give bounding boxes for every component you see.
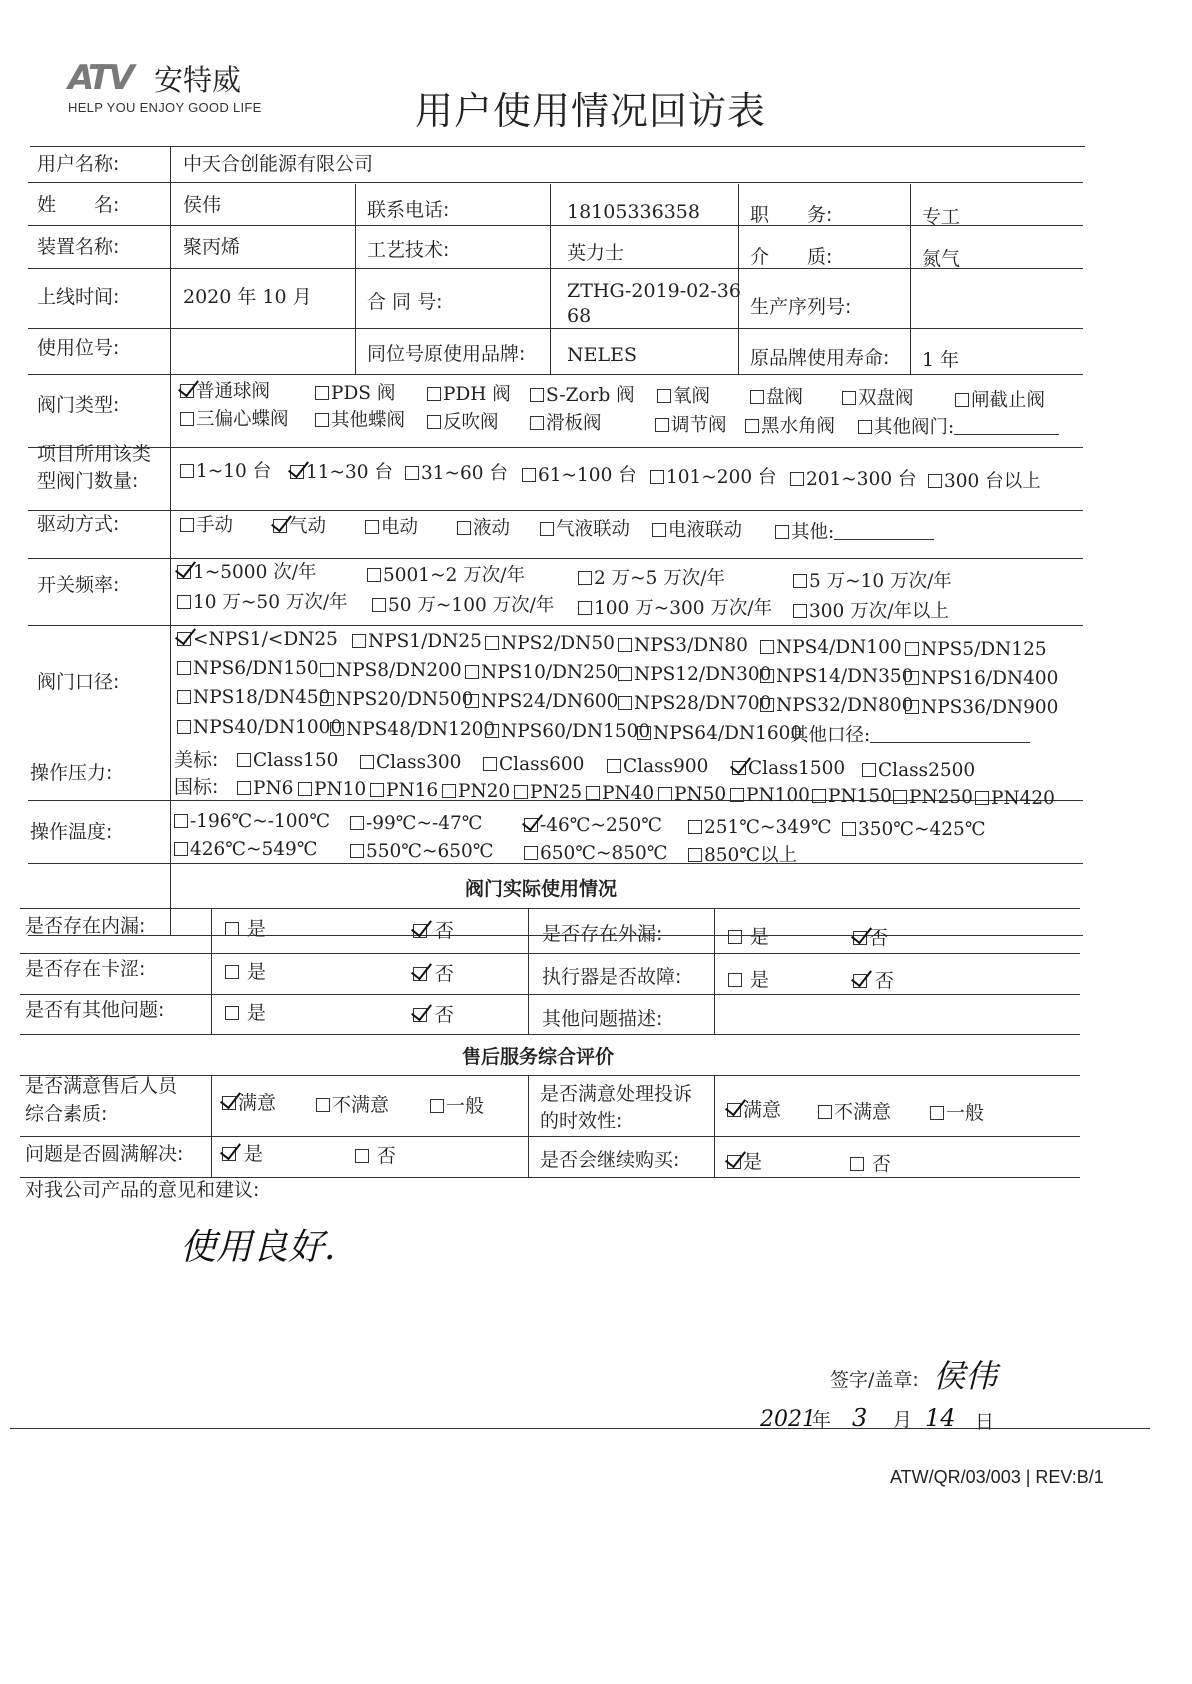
checkbox-icon[interactable] — [850, 1157, 864, 1171]
checkbox-icon[interactable] — [760, 669, 774, 683]
user-name-value: 中天合创能源有限公司 — [183, 152, 373, 176]
checkbox-icon[interactable] — [657, 389, 671, 403]
timeliness-label-line2: 的时效性: — [540, 1109, 622, 1133]
pressure-ansi-option[interactable]: Class1500 — [732, 757, 845, 781]
checkbox-icon[interactable] — [225, 1006, 239, 1020]
checkbox-icon[interactable] — [862, 763, 876, 777]
orig-brand-value: NELES — [567, 343, 637, 367]
temperature-label: 操作温度: — [30, 820, 112, 844]
divider — [355, 184, 356, 374]
checkbox-icon[interactable] — [427, 387, 441, 401]
sticking-yes[interactable]: 是 — [225, 960, 266, 985]
temperature-option[interactable]: 426℃~549℃ — [174, 838, 318, 862]
checkbox-icon[interactable] — [842, 822, 856, 836]
checkbox-checked-icon[interactable] — [727, 1103, 741, 1117]
divider — [28, 182, 1083, 183]
other-issues-no[interactable]: 否 — [413, 1003, 454, 1028]
checkbox-icon[interactable] — [728, 930, 742, 944]
checkbox-icon[interactable] — [442, 784, 456, 798]
frequency-option[interactable]: 100 万~300 万次/年 — [578, 597, 772, 621]
divider — [170, 146, 171, 935]
pressure-gb-option[interactable]: PN420 — [975, 787, 1055, 811]
staff-quality-label-line1: 是否满意售后人员 — [25, 1074, 177, 1098]
checkbox-icon[interactable] — [812, 789, 826, 803]
staff-quality-label-line2: 综合素质: — [25, 1102, 107, 1126]
sticking-no[interactable]: 否 — [413, 962, 454, 987]
user-name-label: 用户名称: — [37, 152, 119, 176]
resolved-yes[interactable]: 是 — [222, 1142, 263, 1167]
pressure-ansi-option[interactable]: Class2500 — [862, 759, 975, 783]
divider — [528, 908, 529, 1034]
actuation-option[interactable]: 电液联动 — [652, 519, 742, 543]
checkbox-icon[interactable] — [930, 1106, 944, 1120]
checkbox-icon[interactable] — [365, 520, 379, 534]
size-option[interactable]: NPS3/DN80 — [618, 634, 748, 658]
pressure-ansi-option[interactable]: Class900 — [607, 755, 708, 779]
divider — [10, 1428, 1150, 1429]
checkbox-icon[interactable] — [775, 525, 789, 539]
pressure-gb-option[interactable]: PN10 — [298, 778, 366, 802]
checkbox-icon[interactable] — [237, 753, 251, 767]
divider — [28, 374, 1083, 375]
external-leak-no[interactable]: 否 — [853, 926, 888, 951]
internal-leak-label: 是否存在内漏: — [25, 914, 145, 938]
temperature-option[interactable]: 550℃~650℃ — [350, 840, 494, 864]
checkbox-icon[interactable] — [975, 791, 989, 805]
size-option[interactable]: NPS32/DN800 — [760, 694, 913, 718]
quantity-option[interactable]: 101~200 台 — [650, 466, 777, 490]
medium-label: 介 质: — [750, 245, 832, 269]
checkbox-icon[interactable] — [688, 848, 702, 862]
checkbox-checked-icon[interactable] — [177, 565, 191, 579]
timeliness-unsatisfied[interactable]: 不满意 — [818, 1100, 891, 1125]
size-option[interactable]: <NPS1/<DN25 — [177, 628, 338, 652]
ansi-label: 美标: — [174, 748, 218, 773]
checkbox-icon[interactable] — [905, 671, 919, 685]
checkbox-icon[interactable] — [367, 568, 381, 582]
issue-description-field[interactable] — [728, 1007, 1068, 1031]
timeliness-label-line1: 是否满意处理投诉 — [540, 1082, 692, 1106]
checkbox-checked-icon[interactable] — [732, 761, 746, 775]
page-title: 用户使用情况回访表 — [415, 80, 766, 135]
checkbox-icon[interactable] — [655, 418, 669, 432]
other-size-input[interactable] — [870, 742, 1030, 743]
valve-type-label: 阀门类型: — [37, 393, 119, 417]
phone-label: 联系电话: — [367, 198, 449, 222]
checkbox-icon[interactable] — [177, 720, 191, 734]
pressure-gb-option[interactable]: PN50 — [658, 783, 726, 807]
checkbox-icon[interactable] — [637, 726, 651, 740]
medium-value: 氮气 — [922, 247, 960, 271]
checkbox-icon[interactable] — [745, 419, 759, 433]
checkbox-icon[interactable] — [578, 571, 592, 585]
checkbox-icon[interactable] — [485, 636, 499, 650]
contract-value-line2: 68 — [567, 304, 591, 328]
quantity-option[interactable]: 1~10 台 — [180, 460, 271, 484]
checkbox-icon[interactable] — [225, 965, 239, 979]
frequency-option[interactable]: 10 万~50 万次/年 — [177, 591, 348, 615]
checkbox-icon[interactable] — [427, 415, 441, 429]
sign-day[interactable]: 14 — [925, 1406, 956, 1430]
checkbox-icon[interactable] — [530, 416, 544, 430]
issue-description-label: 其他问题描述: — [542, 1007, 662, 1031]
document-code: ATW/QR/03/003 | REV:B/1 — [890, 1465, 1104, 1489]
checkbox-icon[interactable] — [180, 518, 194, 532]
checkbox-icon[interactable] — [524, 846, 538, 860]
timeliness-satisfied[interactable]: 满意 — [727, 1098, 781, 1123]
position-label: 职 务: — [750, 203, 832, 227]
checkbox-icon[interactable] — [177, 690, 191, 704]
other-actuation-input[interactable] — [834, 539, 934, 540]
checkbox-icon[interactable] — [350, 816, 364, 830]
pressure-gb-option[interactable]: PN25 — [514, 781, 582, 805]
feedback-label: 对我公司产品的意见和建议: — [25, 1178, 259, 1202]
other-issues-yes[interactable]: 是 — [225, 1001, 266, 1026]
logo-company-name: 安特威 — [154, 58, 241, 99]
frequency-option[interactable]: 1~5000 次/年 — [177, 561, 316, 585]
contract-value-line1: ZTHG-2019-02-36 — [567, 279, 741, 303]
checkbox-icon[interactable] — [618, 696, 632, 710]
checkbox-icon[interactable] — [905, 700, 919, 714]
frequency-option[interactable]: 5001~2 万次/年 — [367, 564, 525, 588]
divider — [20, 994, 1080, 995]
size-option[interactable]: NPS14/DN350 — [760, 665, 913, 689]
feedback-handwritten[interactable]: 使用良好. — [180, 1226, 335, 1270]
contract-label: 合 同 号: — [367, 290, 442, 314]
temperature-option[interactable]: 251℃~349℃ — [688, 816, 832, 840]
process-value: 英力士 — [567, 241, 624, 265]
resolved-label: 问题是否圆满解决: — [25, 1142, 183, 1166]
checkbox-icon[interactable] — [405, 466, 419, 480]
size-option[interactable]: NPS20/DN500 — [320, 688, 473, 712]
checkbox-icon[interactable] — [730, 788, 744, 802]
signature-handwritten[interactable]: 侯伟 — [933, 1356, 997, 1396]
valve-type-option[interactable]: PDH 阀 — [427, 383, 511, 407]
checkbox-icon[interactable] — [465, 665, 479, 679]
checkbox-icon[interactable] — [818, 1105, 832, 1119]
valve-type-option[interactable]: 其他蝶阀 — [315, 409, 405, 433]
checkbox-icon[interactable] — [360, 755, 374, 769]
logo-tagline: HELP YOU ENJOY GOOD LIFE — [68, 100, 262, 115]
frequency-option[interactable]: 5 万~10 万次/年 — [793, 570, 952, 594]
checkbox-checked-icon[interactable] — [177, 632, 191, 646]
size-option[interactable]: NPS5/DN125 — [905, 638, 1047, 662]
valve-type-option[interactable]: 三偏心蝶阀 — [180, 408, 289, 432]
size-option[interactable]: NPS1/DN25 — [352, 630, 482, 654]
pressure-label: 操作压力: — [30, 761, 112, 785]
checkbox-icon[interactable] — [316, 1098, 330, 1112]
checkbox-checked-icon[interactable] — [413, 967, 427, 981]
valve-type-option[interactable]: 盘阀 — [750, 386, 803, 410]
temperature-option[interactable]: -196℃~-100℃ — [174, 810, 330, 834]
staff-average[interactable]: 一般 — [430, 1094, 484, 1119]
staff-satisfied[interactable]: 满意 — [222, 1091, 276, 1116]
phone-value: 18105336358 — [567, 200, 700, 224]
checkbox-icon[interactable] — [177, 595, 191, 609]
tag-label: 使用位号: — [37, 336, 119, 360]
logo-mark: ATV — [68, 58, 132, 98]
quantity-option[interactable]: 300 台以上 — [928, 470, 1041, 494]
pressure-gb-option[interactable]: PN40 — [586, 782, 654, 806]
checkbox-checked-icon[interactable] — [222, 1096, 236, 1110]
divider — [30, 146, 1085, 147]
serial-label: 生产序列号: — [750, 295, 851, 319]
checkbox-icon[interactable] — [174, 842, 188, 856]
checkbox-checked-icon[interactable] — [524, 818, 538, 832]
pressure-gb-option[interactable]: PN6 — [237, 777, 293, 801]
checkbox-icon[interactable] — [905, 642, 919, 656]
checkbox-icon[interactable] — [177, 661, 191, 675]
actuation-option[interactable]: 气动 — [273, 515, 326, 539]
actuation-label: 驱动方式: — [37, 512, 119, 536]
frequency-option[interactable]: 50 万~100 万次/年 — [372, 594, 554, 618]
size-option[interactable]: NPS28/DN700 — [618, 692, 771, 716]
size-option[interactable]: NPS36/DN900 — [905, 696, 1058, 720]
actuator-fault-no[interactable]: 否 — [853, 969, 894, 994]
service-section-title: 售后服务综合评价 — [462, 1045, 614, 1069]
position-value: 专工 — [922, 205, 960, 229]
orig-life-label: 原品牌使用寿命: — [750, 346, 889, 370]
checkbox-checked-icon[interactable] — [853, 974, 867, 988]
divider — [714, 908, 715, 1034]
checkbox-icon[interactable] — [652, 523, 666, 537]
checkbox-icon[interactable] — [658, 787, 672, 801]
divider — [528, 1075, 529, 1177]
orig-life-value: 1 年 — [922, 348, 959, 372]
checkbox-icon[interactable] — [180, 464, 194, 478]
checkbox-icon[interactable] — [760, 640, 774, 654]
temperature-option[interactable]: 350℃~425℃ — [842, 818, 986, 842]
valve-type-option[interactable]: S-Zorb 阀 — [530, 384, 635, 408]
checkbox-icon[interactable] — [858, 420, 872, 434]
valve-type-option[interactable]: 闸截止阀 — [955, 389, 1045, 413]
checkbox-icon[interactable] — [225, 922, 239, 936]
internal-leak-no[interactable]: 否 — [413, 919, 454, 944]
temperature-option[interactable]: 850℃以上 — [688, 844, 797, 868]
checkbox-icon[interactable] — [522, 468, 536, 482]
divider — [20, 1034, 1080, 1035]
checkbox-icon[interactable] — [793, 574, 807, 588]
pressure-gb-option[interactable]: PN100 — [730, 784, 810, 808]
divider — [550, 184, 551, 374]
actuator-fault-yes[interactable]: 是 — [728, 968, 769, 993]
checkbox-icon[interactable] — [618, 638, 632, 652]
checkbox-icon[interactable] — [586, 786, 600, 800]
checkbox-icon[interactable] — [315, 413, 329, 427]
valve-type-option[interactable]: 氧阀 — [657, 385, 710, 409]
gb-label: 国标: — [174, 775, 218, 800]
size-option[interactable]: NPS24/DN600 — [465, 690, 618, 714]
divider — [28, 328, 1083, 329]
size-option[interactable]: NPS64/DN1600 — [637, 722, 802, 746]
temperature-option[interactable]: -46℃~250℃ — [524, 814, 662, 838]
divider — [20, 1136, 1080, 1137]
checkbox-icon[interactable] — [578, 601, 592, 615]
checkbox-icon[interactable] — [315, 386, 329, 400]
checkbox-icon[interactable] — [955, 393, 969, 407]
unit-label: 装置名称: — [37, 235, 119, 259]
checkbox-checked-icon[interactable] — [290, 465, 304, 479]
internal-leak-yes[interactable]: 是 — [225, 917, 266, 942]
pressure-gb-option[interactable]: PN16 — [370, 779, 438, 803]
company-logo: ATV 安特威 HELP YOU ENJOY GOOD LIFE — [68, 58, 298, 118]
checkbox-checked-icon[interactable] — [222, 1147, 236, 1161]
checkbox-icon[interactable] — [485, 724, 499, 738]
checkbox-checked-icon[interactable] — [413, 924, 427, 938]
pressure-gb-option[interactable]: PN150 — [812, 785, 892, 809]
online-value: 2020 年 10 月 — [183, 285, 312, 309]
checkbox-icon[interactable] — [352, 634, 366, 648]
divider — [28, 510, 1083, 511]
sign-day-unit: 日 — [975, 1410, 994, 1434]
checkbox-icon[interactable] — [650, 470, 664, 484]
pressure-ansi-option[interactable]: Class600 — [483, 753, 584, 777]
quantity-label-line1: 项目所用该类 — [37, 442, 151, 466]
size-option[interactable]: NPS60/DN1500 — [485, 720, 650, 744]
size-option[interactable]: NPS10/DN250 — [465, 661, 618, 685]
size-option[interactable]: NPS6/DN150 — [177, 657, 319, 681]
valve-type-option[interactable]: PDS 阀 — [315, 382, 395, 406]
size-label: 阀门口径: — [37, 670, 119, 694]
divider — [20, 953, 1080, 954]
sign-month[interactable]: 3 — [852, 1406, 867, 1430]
checkbox-icon[interactable] — [355, 1149, 369, 1163]
checkbox-icon[interactable] — [793, 604, 807, 618]
valve-type-option[interactable]: 调节阀 — [655, 414, 727, 438]
actuation-option[interactable]: 气液联动 — [540, 518, 630, 542]
checkbox-icon[interactable] — [530, 388, 544, 402]
repurchase-label: 是否会继续购买: — [540, 1148, 679, 1172]
size-option[interactable]: NPS18/DN450 — [177, 686, 330, 710]
pressure-gb-option[interactable]: PN250 — [893, 786, 973, 810]
checkbox-icon[interactable] — [750, 390, 764, 404]
checkbox-icon[interactable] — [728, 973, 742, 987]
checkbox-icon[interactable] — [540, 522, 554, 536]
resolved-no[interactable]: 否 — [355, 1144, 396, 1169]
checkbox-icon[interactable] — [237, 781, 251, 795]
unit-value: 聚丙烯 — [183, 235, 240, 259]
pressure-ansi-option[interactable]: Class150 — [237, 749, 338, 773]
checkbox-checked-icon[interactable] — [413, 1008, 427, 1022]
external-leak-label: 是否存在外漏: — [542, 922, 662, 946]
frequency-label: 开关频率: — [37, 573, 119, 597]
checkbox-icon[interactable] — [370, 783, 384, 797]
timeliness-average[interactable]: 一般 — [930, 1101, 984, 1126]
divider — [211, 908, 212, 1034]
staff-unsatisfied[interactable]: 不满意 — [316, 1093, 389, 1118]
frequency-option[interactable]: 300 万次/年以上 — [793, 600, 949, 624]
checkbox-icon[interactable] — [320, 663, 334, 677]
actuation-option[interactable]: 液动 — [457, 517, 510, 541]
checkbox-icon[interactable] — [842, 391, 856, 405]
valve-type-option[interactable]: 黑水角阀 — [745, 415, 835, 439]
size-option[interactable]: NPS4/DN100 — [760, 636, 902, 660]
repurchase-no[interactable]: 否 — [850, 1152, 891, 1177]
orig-brand-label: 同位号原使用品牌: — [367, 342, 525, 366]
divider — [20, 908, 1080, 909]
size-option[interactable]: NPS12/DN300 — [618, 663, 771, 687]
signature-label: 签字/盖章: — [830, 1368, 919, 1392]
frequency-option[interactable]: 2 万~5 万次/年 — [578, 567, 725, 591]
quantity-option[interactable]: 61~100 台 — [522, 464, 637, 488]
checkbox-icon[interactable] — [174, 814, 188, 828]
valve-type-option[interactable]: 反吹阀 — [427, 411, 499, 435]
size-option[interactable]: NPS8/DN200 — [320, 659, 462, 683]
valve-type-option[interactable]: 双盘阀 — [842, 387, 914, 411]
valve-type-option-other[interactable]: 其他阀门: — [858, 416, 1059, 440]
sticking-label: 是否存在卡涩: — [25, 957, 145, 981]
name-label: 姓 名: — [37, 193, 119, 217]
divider — [211, 1075, 212, 1177]
other-valve-input[interactable] — [954, 434, 1059, 435]
checkbox-icon[interactable] — [618, 667, 632, 681]
temperature-option[interactable]: 650℃~850℃ — [524, 842, 668, 866]
divider — [20, 1075, 1080, 1076]
online-label: 上线时间: — [37, 285, 119, 309]
size-option[interactable]: NPS2/DN50 — [485, 632, 615, 656]
quantity-label-line2: 型阀门数量: — [37, 469, 138, 493]
other-issues-label: 是否有其他问题: — [25, 998, 164, 1022]
usage-section-title: 阀门实际使用情况 — [465, 877, 617, 901]
checkbox-icon[interactable] — [928, 474, 942, 488]
checkbox-icon[interactable] — [465, 694, 479, 708]
process-label: 工艺技术: — [367, 238, 449, 262]
checkbox-checked-icon[interactable] — [853, 931, 867, 945]
repurchase-yes[interactable]: 是 — [727, 1150, 762, 1175]
actuator-fault-label: 执行器是否故障: — [542, 965, 681, 989]
divider — [910, 184, 911, 374]
checkbox-icon[interactable] — [180, 412, 194, 426]
pressure-ansi-option[interactable]: Class300 — [360, 751, 461, 775]
checkbox-icon[interactable] — [790, 472, 804, 486]
quantity-option[interactable]: 201~300 台 — [790, 468, 917, 492]
external-leak-yes[interactable]: 是 — [728, 925, 769, 950]
size-option[interactable]: NPS40/DN1000 — [177, 716, 342, 740]
checkbox-icon[interactable] — [760, 698, 774, 712]
checkbox-icon[interactable] — [688, 820, 702, 834]
quantity-option[interactable]: 31~60 台 — [405, 462, 508, 486]
checkbox-checked-icon[interactable] — [180, 384, 194, 398]
checkbox-checked-icon[interactable] — [727, 1155, 741, 1169]
checkbox-icon[interactable] — [457, 521, 471, 535]
quantity-option[interactable]: 11~30 台 — [290, 461, 393, 485]
checkbox-icon[interactable] — [350, 844, 364, 858]
size-other[interactable]: 其他口径: — [790, 724, 1030, 748]
divider — [28, 447, 1083, 448]
name-value: 侯伟 — [183, 193, 221, 217]
actuation-option[interactable]: 电动 — [365, 516, 418, 540]
checkbox-checked-icon[interactable] — [273, 519, 287, 533]
checkbox-icon[interactable] — [483, 757, 497, 771]
valve-type-option[interactable]: 普通球阀 — [180, 380, 270, 404]
checkbox-icon[interactable] — [320, 692, 334, 706]
size-option[interactable]: NPS48/DN1200 — [330, 718, 495, 742]
checkbox-icon[interactable] — [330, 722, 344, 736]
divider — [714, 1075, 715, 1177]
checkbox-icon[interactable] — [514, 785, 528, 799]
checkbox-icon[interactable] — [607, 759, 621, 773]
temperature-option[interactable]: -99℃~-47℃ — [350, 812, 482, 836]
checkbox-icon[interactable] — [893, 790, 907, 804]
valve-type-option[interactable]: 滑板阀 — [530, 412, 602, 436]
actuation-option[interactable]: 手动 — [180, 514, 233, 538]
checkbox-icon[interactable] — [430, 1099, 444, 1113]
size-option[interactable]: NPS16/DN400 — [905, 667, 1058, 691]
checkbox-icon[interactable] — [298, 782, 312, 796]
pressure-gb-option[interactable]: PN20 — [442, 780, 510, 804]
checkbox-icon[interactable] — [372, 598, 386, 612]
actuation-option-other[interactable]: 其他: — [775, 521, 934, 545]
